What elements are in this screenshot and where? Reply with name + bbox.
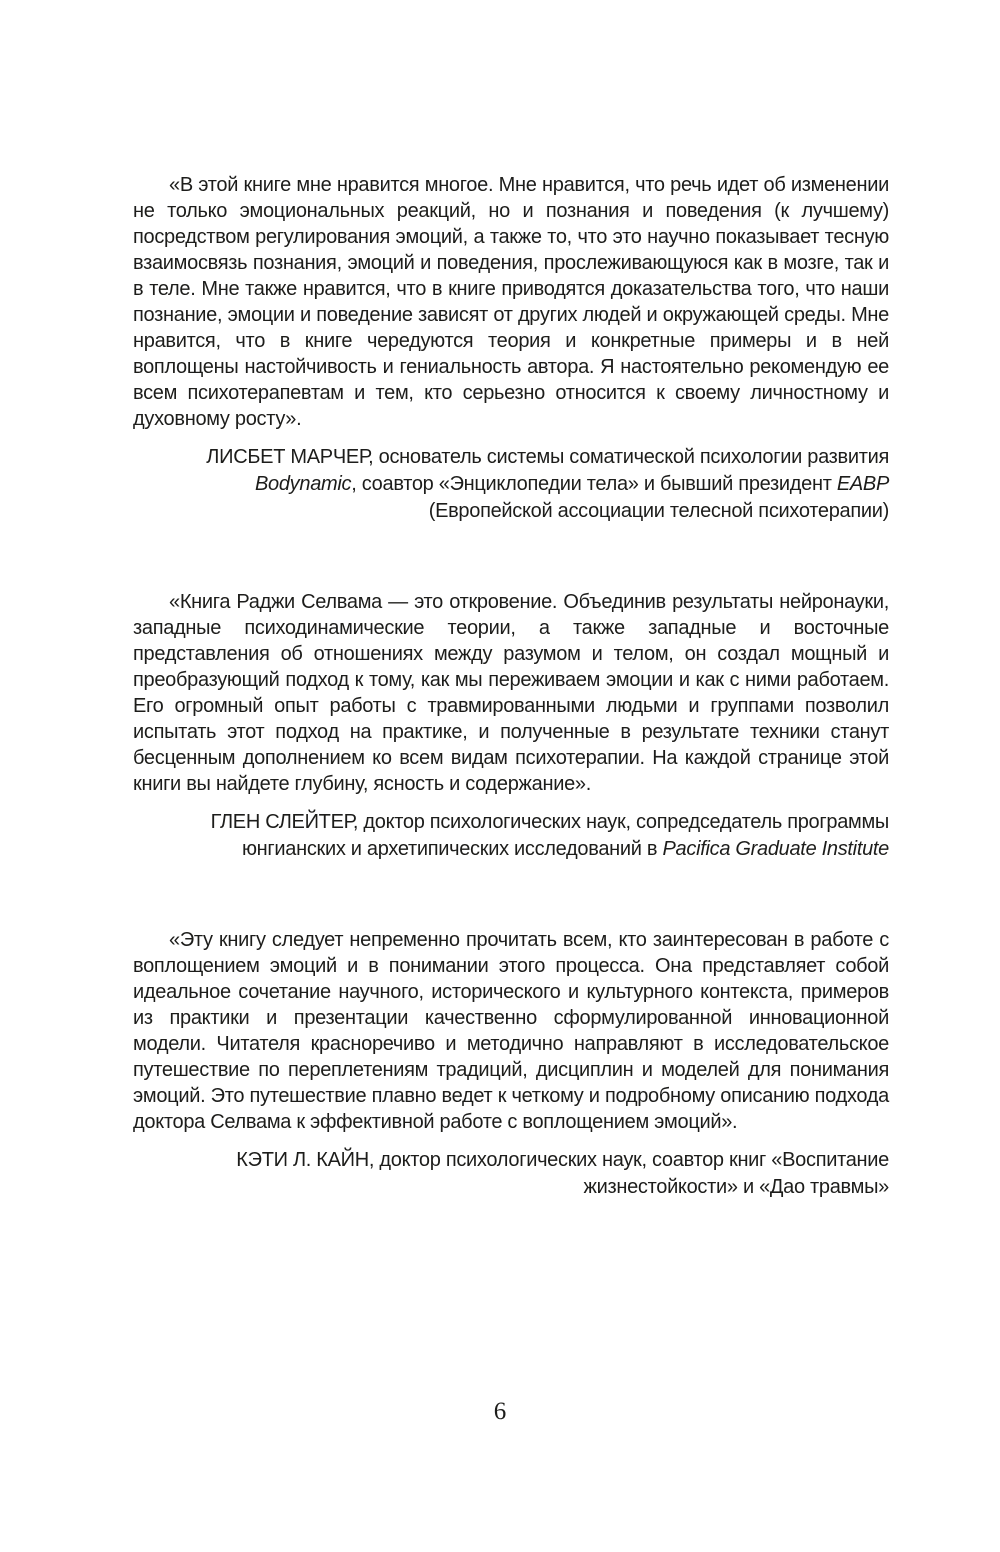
- quote-attribution: ЛИСБЕТ МАРЧЕР, основатель системы сомати…: [133, 444, 889, 525]
- attribution-segment: ЛИСБЕТ МАРЧЕР, основатель системы сомати…: [206, 446, 889, 468]
- attribution-segment-italic: EABP: [837, 473, 889, 495]
- quote-attribution: ГЛЕН СЛЕЙТЕР, доктор психологических нау…: [133, 809, 889, 863]
- attribution-segment: , соавтор «Энциклопедии тела» и бывший п…: [351, 473, 837, 495]
- quote-block-3: «Эту книгу следует непременно прочитать …: [133, 927, 889, 1201]
- quote-text: «Эту книгу следует непременно прочитать …: [133, 927, 889, 1135]
- endorsements-content: «В этой книге мне нравится многое. Мне н…: [133, 172, 889, 1201]
- page-number: 6: [0, 1398, 1000, 1426]
- attribution-segment-italic: Bodynamic: [255, 473, 351, 495]
- attribution-segment-italic: Pacifica Graduate Institute: [663, 838, 889, 860]
- quote-block-2: «Книга Раджи Селвама — это откровение. О…: [133, 589, 889, 863]
- quote-text: «Книга Раджи Селвама — это откровение. О…: [133, 589, 889, 797]
- quote-attribution: КЭТИ Л. КАЙН, доктор психологических нау…: [133, 1147, 889, 1201]
- book-page: «В этой книге мне нравится многое. Мне н…: [0, 0, 1000, 1552]
- quote-block-1: «В этой книге мне нравится многое. Мне н…: [133, 172, 889, 525]
- attribution-segment: (Европейской ассоциации телесной психоте…: [429, 500, 889, 522]
- quote-text: «В этой книге мне нравится многое. Мне н…: [133, 172, 889, 432]
- attribution-segment: КЭТИ Л. КАЙН, доктор психологических нау…: [236, 1149, 889, 1198]
